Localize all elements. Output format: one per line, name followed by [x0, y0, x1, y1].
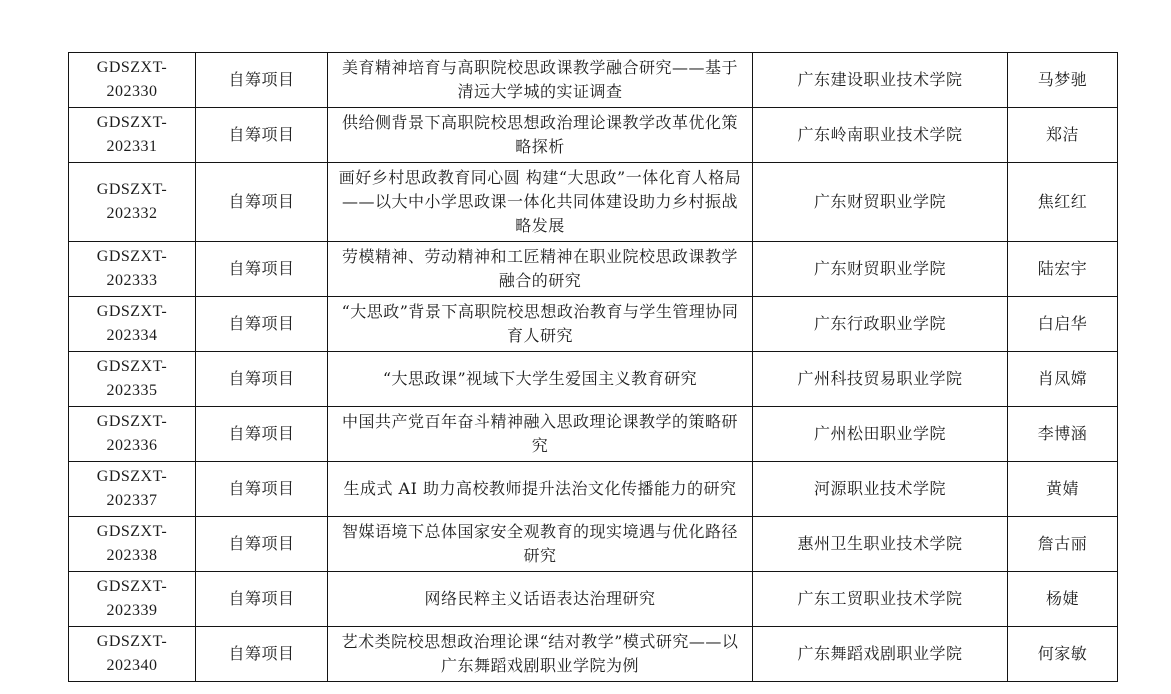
category-cell: 自筹项目: [196, 407, 328, 462]
institution-cell: 广东舞蹈戏剧职业学院: [753, 627, 1008, 682]
category-cell: 自筹项目: [196, 297, 328, 352]
category-cell: 自筹项目: [196, 462, 328, 517]
title-cell: 画好乡村思政教育同心圆 构建“大思政”一体化育人格局——以大中小学思政课一体化共…: [328, 163, 753, 242]
project-id-cell: GDSZXT-202338: [69, 517, 196, 572]
title-cell: 艺术类院校思想政治理论课“结对教学”模式研究——以广东舞蹈戏剧职业学院为例: [328, 627, 753, 682]
table-row: GDSZXT-202333 自筹项目 劳模精神、劳动精神和工匠精神在职业院校思政…: [69, 242, 1118, 297]
project-id-cell: GDSZXT-202331: [69, 108, 196, 163]
title-cell: “大思政”背景下高职院校思想政治教育与学生管理协同育人研究: [328, 297, 753, 352]
leader-cell: 黄婧: [1008, 462, 1118, 517]
projects-table: GDSZXT-202330 自筹项目 美育精神培育与高职院校思政课教学融合研究—…: [68, 52, 1118, 682]
leader-cell: 焦红红: [1008, 163, 1118, 242]
institution-cell: 河源职业技术学院: [753, 462, 1008, 517]
table-row: GDSZXT-202336 自筹项目 中国共产党百年奋斗精神融入思政理论课教学的…: [69, 407, 1118, 462]
title-cell: 智媒语境下总体国家安全观教育的现实境遇与优化路径研究: [328, 517, 753, 572]
leader-cell: 白启华: [1008, 297, 1118, 352]
institution-cell: 广州松田职业学院: [753, 407, 1008, 462]
institution-cell: 广东财贸职业学院: [753, 242, 1008, 297]
leader-cell: 何家敏: [1008, 627, 1118, 682]
title-cell: 网络民粹主义话语表达治理研究: [328, 572, 753, 627]
institution-cell: 广东财贸职业学院: [753, 163, 1008, 242]
category-cell: 自筹项目: [196, 242, 328, 297]
table-row: GDSZXT-202332 自筹项目 画好乡村思政教育同心圆 构建“大思政”一体…: [69, 163, 1118, 242]
category-cell: 自筹项目: [196, 627, 328, 682]
table-row: GDSZXT-202331 自筹项目 供给侧背景下高职院校思想政治理论课教学改革…: [69, 108, 1118, 163]
table-row: GDSZXT-202334 自筹项目 “大思政”背景下高职院校思想政治教育与学生…: [69, 297, 1118, 352]
project-id-cell: GDSZXT-202330: [69, 53, 196, 108]
table-row: GDSZXT-202337 自筹项目 生成式 AI 助力高校教师提升法治文化传播…: [69, 462, 1118, 517]
institution-cell: 惠州卫生职业技术学院: [753, 517, 1008, 572]
category-cell: 自筹项目: [196, 517, 328, 572]
leader-cell: 肖凤嫦: [1008, 352, 1118, 407]
table-row: GDSZXT-202339 自筹项目 网络民粹主义话语表达治理研究 广东工贸职业…: [69, 572, 1118, 627]
table-row: GDSZXT-202330 自筹项目 美育精神培育与高职院校思政课教学融合研究—…: [69, 53, 1118, 108]
category-cell: 自筹项目: [196, 108, 328, 163]
title-cell: 生成式 AI 助力高校教师提升法治文化传播能力的研究: [328, 462, 753, 517]
institution-cell: 广东行政职业学院: [753, 297, 1008, 352]
title-cell: 劳模精神、劳动精神和工匠精神在职业院校思政课教学融合的研究: [328, 242, 753, 297]
project-id-cell: GDSZXT-202334: [69, 297, 196, 352]
leader-cell: 詹古丽: [1008, 517, 1118, 572]
title-cell: 中国共产党百年奋斗精神融入思政理论课教学的策略研究: [328, 407, 753, 462]
category-cell: 自筹项目: [196, 572, 328, 627]
project-id-cell: GDSZXT-202332: [69, 163, 196, 242]
leader-cell: 李博涵: [1008, 407, 1118, 462]
project-id-cell: GDSZXT-202337: [69, 462, 196, 517]
title-cell: “大思政课”视域下大学生爱国主义教育研究: [328, 352, 753, 407]
leader-cell: 马梦驰: [1008, 53, 1118, 108]
institution-cell: 广东岭南职业技术学院: [753, 108, 1008, 163]
project-id-cell: GDSZXT-202333: [69, 242, 196, 297]
table-row: GDSZXT-202340 自筹项目 艺术类院校思想政治理论课“结对教学”模式研…: [69, 627, 1118, 682]
leader-cell: 陆宏宇: [1008, 242, 1118, 297]
leader-cell: 郑洁: [1008, 108, 1118, 163]
title-cell: 供给侧背景下高职院校思想政治理论课教学改革优化策略探析: [328, 108, 753, 163]
category-cell: 自筹项目: [196, 163, 328, 242]
table-row: GDSZXT-202338 自筹项目 智媒语境下总体国家安全观教育的现实境遇与优…: [69, 517, 1118, 572]
leader-cell: 杨婕: [1008, 572, 1118, 627]
project-id-cell: GDSZXT-202340: [69, 627, 196, 682]
institution-cell: 广东工贸职业技术学院: [753, 572, 1008, 627]
table-row: GDSZXT-202335 自筹项目 “大思政课”视域下大学生爱国主义教育研究 …: [69, 352, 1118, 407]
project-id-cell: GDSZXT-202339: [69, 572, 196, 627]
project-id-cell: GDSZXT-202335: [69, 352, 196, 407]
projects-table-body: GDSZXT-202330 自筹项目 美育精神培育与高职院校思政课教学融合研究—…: [69, 53, 1118, 682]
project-id-cell: GDSZXT-202336: [69, 407, 196, 462]
institution-cell: 广东建设职业技术学院: [753, 53, 1008, 108]
title-cell: 美育精神培育与高职院校思政课教学融合研究——基于清远大学城的实证调查: [328, 53, 753, 108]
category-cell: 自筹项目: [196, 53, 328, 108]
document-page: GDSZXT-202330 自筹项目 美育精神培育与高职院校思政课教学融合研究—…: [0, 0, 1171, 694]
category-cell: 自筹项目: [196, 352, 328, 407]
institution-cell: 广州科技贸易职业学院: [753, 352, 1008, 407]
